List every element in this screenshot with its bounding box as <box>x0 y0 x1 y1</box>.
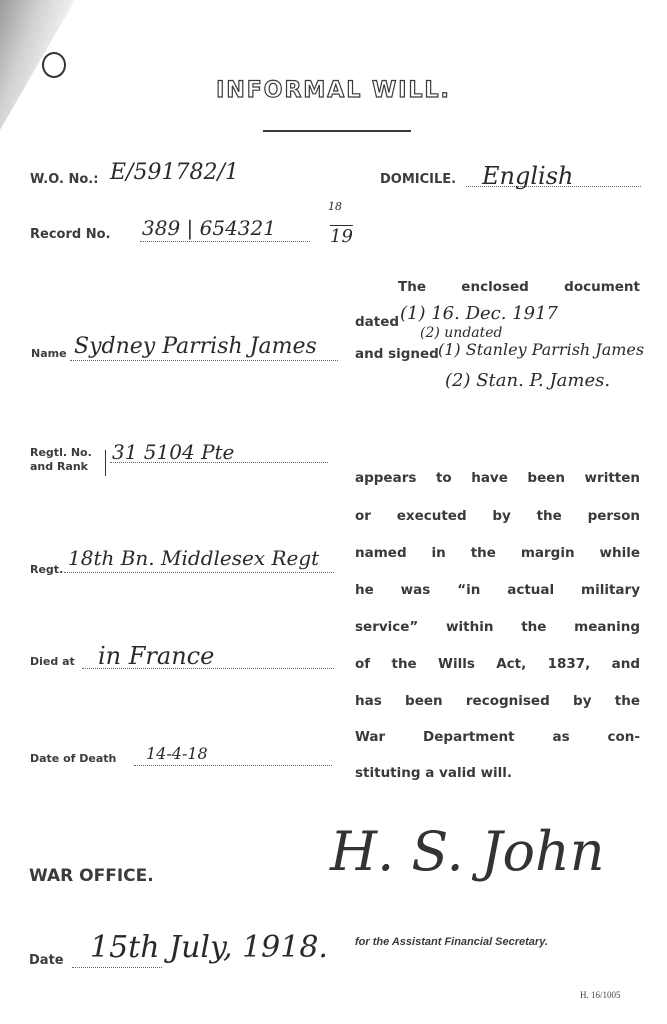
dated-value-1: (1) 16. Dec. 1917 <box>400 303 558 324</box>
name-dotted-line <box>70 360 338 361</box>
label-brace <box>105 450 109 476</box>
statement-intro: The enclosed document <box>398 279 640 295</box>
statement-line-6: of the Wills Act, 1837, and <box>355 656 640 672</box>
rank-label: and Rank <box>30 460 88 473</box>
document-title: INFORMAL WILL. <box>0 78 667 103</box>
statement-line-1: appears to have been written <box>355 470 640 486</box>
page-fold-shadow <box>0 0 80 140</box>
record-no-dotted-line <box>140 241 310 242</box>
name-label: Name <box>31 347 67 360</box>
regtl-no-label: Regtl. No. <box>30 446 92 459</box>
regiment-dotted-line <box>64 572 334 573</box>
statement-line-5: service” within the meaning <box>355 619 640 635</box>
regtl-no-rank-value: 31 5104 Pte <box>112 440 234 464</box>
statement-line-9: stituting a valid will. <box>355 765 640 781</box>
died-at-label: Died at <box>30 655 75 668</box>
record-no-annotation-top: 18 <box>328 200 342 213</box>
statement-line-7: has been recognised by the <box>355 693 640 709</box>
record-no-annotation-bottom: 19 <box>330 226 353 247</box>
dated-value-2: (2) undated <box>420 325 503 341</box>
name-value: Sydney Parrish James <box>74 334 317 359</box>
date-of-death-value: 14-4-18 <box>146 744 208 763</box>
date-dotted-line <box>72 967 162 968</box>
signatory-caption: for the Assistant Financial Secretary. <box>355 936 548 948</box>
statement-line-2: or executed by the person <box>355 508 640 524</box>
date-of-death-label: Date of Death <box>30 752 116 765</box>
regiment-label: Regt. <box>30 563 63 576</box>
regiment-value: 18th Bn. Middlesex Regt <box>68 546 319 570</box>
war-office-heading: WAR OFFICE. <box>29 866 154 886</box>
wo-no-value: E/591782/1 <box>110 160 239 185</box>
date-label: Date <box>29 953 64 968</box>
statement-line-8: War Department as con- <box>355 729 640 745</box>
domicile-label: DOMICILE. <box>380 172 456 187</box>
died-at-value: in France <box>98 642 214 670</box>
title-underline <box>263 130 411 132</box>
signed-label: and signed <box>355 346 439 362</box>
record-no-label: Record No. <box>30 227 110 242</box>
signed-value-2: (2) Stan. P. James. <box>445 370 610 391</box>
statement-line-3: named in the margin while <box>355 545 640 561</box>
official-signature: H. S. John <box>330 820 605 883</box>
punch-hole <box>42 52 66 78</box>
dated-label: dated <box>355 314 399 330</box>
wo-no-label: W.O. No.: <box>30 172 98 187</box>
date-value: 15th July, 1918. <box>90 930 328 965</box>
record-no-value: 389 | 654321 <box>142 216 276 240</box>
form-number: H. 16/1005 <box>580 990 621 1000</box>
date-of-death-dotted-line <box>134 765 332 766</box>
signed-value-1: (1) Stanley Parrish James <box>438 340 644 359</box>
domicile-value: English <box>482 162 573 190</box>
statement-line-4: he was “in actual military <box>355 582 640 598</box>
